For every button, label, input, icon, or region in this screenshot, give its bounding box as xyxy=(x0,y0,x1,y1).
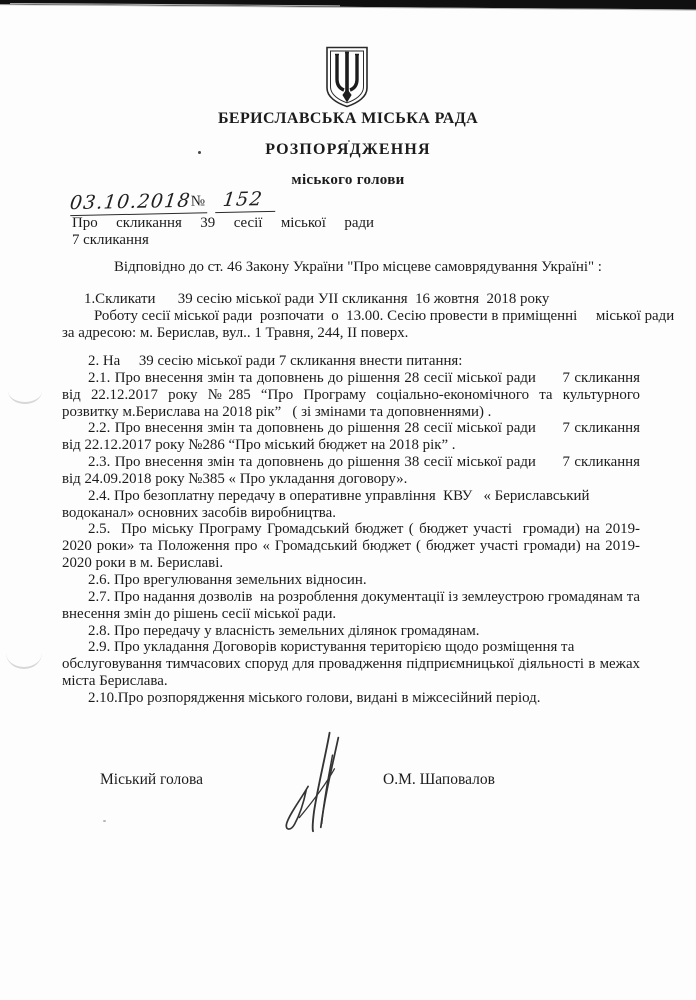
agenda-line: розвитку м.Берислава на 2018 рік” ( зі з… xyxy=(62,404,640,421)
convene-line: Роботу сесії міської ради розпочати о 13… xyxy=(62,308,640,325)
agenda-list: 2. На 39 сесію міської ради 7 скликання … xyxy=(62,353,640,707)
scan-artifact-arc xyxy=(8,391,42,404)
date-and-number-row: 03.10.2018№152 xyxy=(70,188,275,216)
doc-author-title: міського голови xyxy=(0,172,696,189)
agenda-line: міста Берислава. xyxy=(62,673,640,690)
agenda-line: 2.10.Про розпорядження міського голови, … xyxy=(62,690,640,707)
number-sign: № xyxy=(191,193,206,209)
signatory-title: Міський голова xyxy=(100,771,203,789)
scan-artifact-dot xyxy=(198,151,201,154)
subject-line: 7 скликання xyxy=(72,232,374,249)
agenda-line: 2020 роки в м. Бериславі. xyxy=(62,555,640,572)
agenda-line: 2.6. Про врегулювання земельних відносин… xyxy=(62,572,640,589)
scan-edge-band xyxy=(0,0,696,14)
agenda-line: 2.1. Про внесення змін та доповнень до р… xyxy=(62,370,640,387)
convene-line: за адресою: м. Берислав, вул.. 1 Травня,… xyxy=(62,325,640,342)
agenda-line: 2.7. Про надання дозволів на розроблення… xyxy=(62,589,640,606)
agenda-line: 2.5. Про міську Програму Громадський бюд… xyxy=(62,521,640,538)
agenda-line: обслуговування тимчасових споруд для про… xyxy=(62,656,640,673)
subject-line: Про скликання 39 сесії міської ради xyxy=(72,215,374,232)
handwritten-number: 152 xyxy=(222,188,264,211)
agenda-line: водоканал» основних засобів виробництва. xyxy=(62,505,640,522)
agenda-line: від 22.12.2017 року №285 “Про Програму с… xyxy=(62,387,640,404)
agenda-line: від 22.12.2017 року №286 “Про міський бю… xyxy=(62,437,640,454)
agenda-line: внесення змін до рішень сесії міської ра… xyxy=(62,606,640,623)
signatory-name: О.М. Шаповалов xyxy=(383,771,495,789)
ukraine-trident-icon xyxy=(324,46,370,108)
agenda-line: 2020 роки» та Положення про « Громадськи… xyxy=(62,538,640,555)
scan-artifact-dot xyxy=(103,820,106,822)
agenda-line: 2.4. Про безоплатну передачу в оперативн… xyxy=(62,488,640,505)
handwritten-date: 03.10.2018 xyxy=(69,190,192,215)
intro-line: Відповідно до ст. 46 Закону України "Про… xyxy=(62,259,640,276)
agenda-line: від 24.09.2018 року №385 « Про укладання… xyxy=(62,471,640,488)
org-title: БЕРИСЛАВСЬКА МІСЬКА РАДА xyxy=(0,110,696,128)
number-underline: 152 xyxy=(215,188,275,213)
agenda-line: 2.8. Про передачу у власність земельних … xyxy=(62,623,640,640)
agenda-line: 2.9. Про укладання Договорів користуванн… xyxy=(62,639,640,656)
subject-block: Про скликання 39 сесії міської ради 7 ск… xyxy=(72,215,374,250)
agenda-line: 2.3. Про внесення змін та доповнень до р… xyxy=(62,454,640,471)
scan-artifact-arc xyxy=(6,653,42,669)
agenda-line: 2.2. Про внесення змін та доповнень до р… xyxy=(62,420,640,437)
convene-line: 1.Скликати 39 сесію міської ради УІІ скл… xyxy=(62,291,640,308)
agenda-head-line: 2. На 39 сесію міської ради 7 скликання … xyxy=(62,353,640,370)
scan-artifact-dot xyxy=(348,140,350,142)
signature-ink-icon xyxy=(274,729,352,833)
scanned-document-page: БЕРИСЛАВСЬКА МІСЬКА РАДА РОЗПОРЯДЖЕННЯ м… xyxy=(0,0,696,1000)
date-underline: 03.10.2018№ xyxy=(70,189,208,216)
doc-type-title: РОЗПОРЯДЖЕННЯ xyxy=(0,141,696,159)
convene-paragraph: 1.Скликати 39 сесію міської ради УІІ скл… xyxy=(62,291,640,343)
